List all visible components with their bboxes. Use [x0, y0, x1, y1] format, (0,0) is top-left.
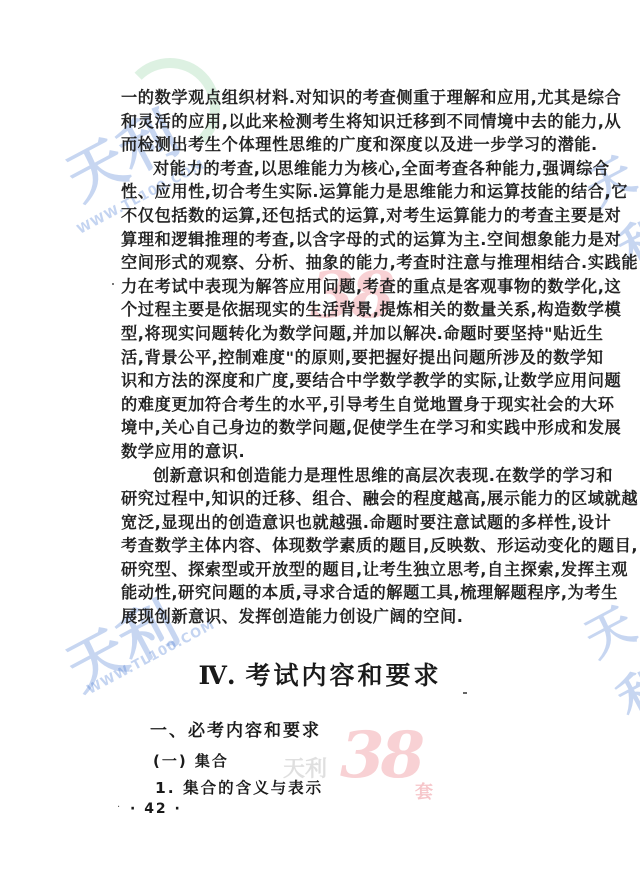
- text-line: 数学应用的意识.: [121, 440, 631, 464]
- text-line: 研究型、探索型或开放型的题目,让考生独立思考,自主探索,发挥主观: [121, 558, 631, 582]
- watermark-promo-38-lower: 38: [340, 718, 421, 793]
- text-line: 和灵活的应用,以此来检测考生将知识迁移到不同情境中去的能力,从: [121, 110, 631, 134]
- scan-artifact-dot: [112, 283, 114, 285]
- heading-level3: (一) 集合: [153, 750, 229, 771]
- paragraph-3: 创新意识和创造能力是理性思维的高层次表现.在数学的学习和 研究过程中,知识的迁移…: [121, 464, 631, 629]
- text-line: 力在考试中表现为解答应用问题,考查的重点是客观事物的数学化,这: [121, 275, 631, 299]
- text-line: 不仅包括数的运算,还包括式的运算,对考生运算能力的考查主要是对: [121, 204, 631, 228]
- heading-level2: 一、必考内容和要求: [150, 716, 321, 741]
- watermark-promo-suffix: 套: [415, 778, 433, 804]
- text-line: 展现创新意识、发挥创造能力创设广阔的空间.: [121, 605, 631, 629]
- section-title: Ⅳ.考试内容和要求: [0, 656, 640, 692]
- text-line: 型,将现实问题转化为数学问题,并加以解决.命题时要坚持"贴近生: [121, 322, 631, 346]
- text-line: 对能力的考查,以思维能力为核心,全面考查各种能力,强调综合: [121, 157, 631, 181]
- text-line: 而检测出考生个体理性思维的广度和深度以及进一步学习的潜能.: [121, 133, 631, 157]
- scan-artifact-mark: [463, 692, 467, 694]
- paragraph-2: 对能力的考查,以思维能力为核心,全面考查各种能力,强调综合 性、应用性,切合考生…: [121, 157, 631, 464]
- text-line: 个过程主要是依据现实的生活背景,提炼相关的数量关系,构造数学模: [121, 298, 631, 322]
- body-text: 一的数学观点组织材料.对知识的考查侧重于理解和应用,尤其是综合 和灵活的应用,以…: [121, 86, 631, 629]
- paragraph-1: 一的数学观点组织材料.对知识的考查侧重于理解和应用,尤其是综合 和灵活的应用,以…: [121, 86, 631, 157]
- page-number: · 42 ·: [130, 801, 182, 817]
- section-numeral: Ⅳ.: [198, 661, 235, 690]
- text-line: 识和方法的深度和广度,要结合中学数学教学的实际,让数学应用问题: [121, 369, 631, 393]
- scan-artifact-dot-bottom: ·: [117, 802, 120, 813]
- text-line: 研究过程中,知识的迁移、组合、融会的程度越高,展示能力的区域就越: [121, 487, 631, 511]
- section-title-text: 考试内容和要求: [246, 661, 442, 690]
- text-line: 考查数学主体内容、体现数学素质的题目,反映数、形运动变化的题目,: [121, 534, 631, 558]
- text-line: 的难度更加符合考生的水平,引导考生自觉地置身于现实社会的大环: [121, 393, 631, 417]
- text-line: 活,背景公平,控制难度"的原则,要把握好提出问题所涉及的数学知: [121, 346, 631, 370]
- text-line: 性、应用性,切合考生实际.运算能力是思维能力和运算技能的结合,它: [121, 180, 631, 204]
- text-line: 空间形式的观察、分析、抽象的能力,考查时注意与推理相结合.实践能: [121, 251, 631, 275]
- text-line: 创新意识和创造能力是理性思维的高层次表现.在数学的学习和: [121, 464, 631, 488]
- text-line: 算理和逻辑推理的考查,以含字母的式的运算为主.空间想象能力是对: [121, 228, 631, 252]
- text-line: 宽泛,显现出的创造意识也就越强.命题时要注意试题的多样性,设计: [121, 511, 631, 535]
- text-line: 一的数学观点组织材料.对知识的考查侧重于理解和应用,尤其是综合: [121, 86, 631, 110]
- heading-level4: 1. 集合的含义与表示: [155, 776, 323, 798]
- document-page: 天利 WWW.TL100.COM 天利 WWW.TL100.COM 天利 天利 …: [0, 0, 640, 877]
- text-line: 境中,关心自己身边的数学问题,促使学生在学习和实践中形成和发展: [121, 416, 631, 440]
- text-line: 能动性,研究问题的本质,寻求合适的解题工具,梳理解题程序,为考生: [121, 581, 631, 605]
